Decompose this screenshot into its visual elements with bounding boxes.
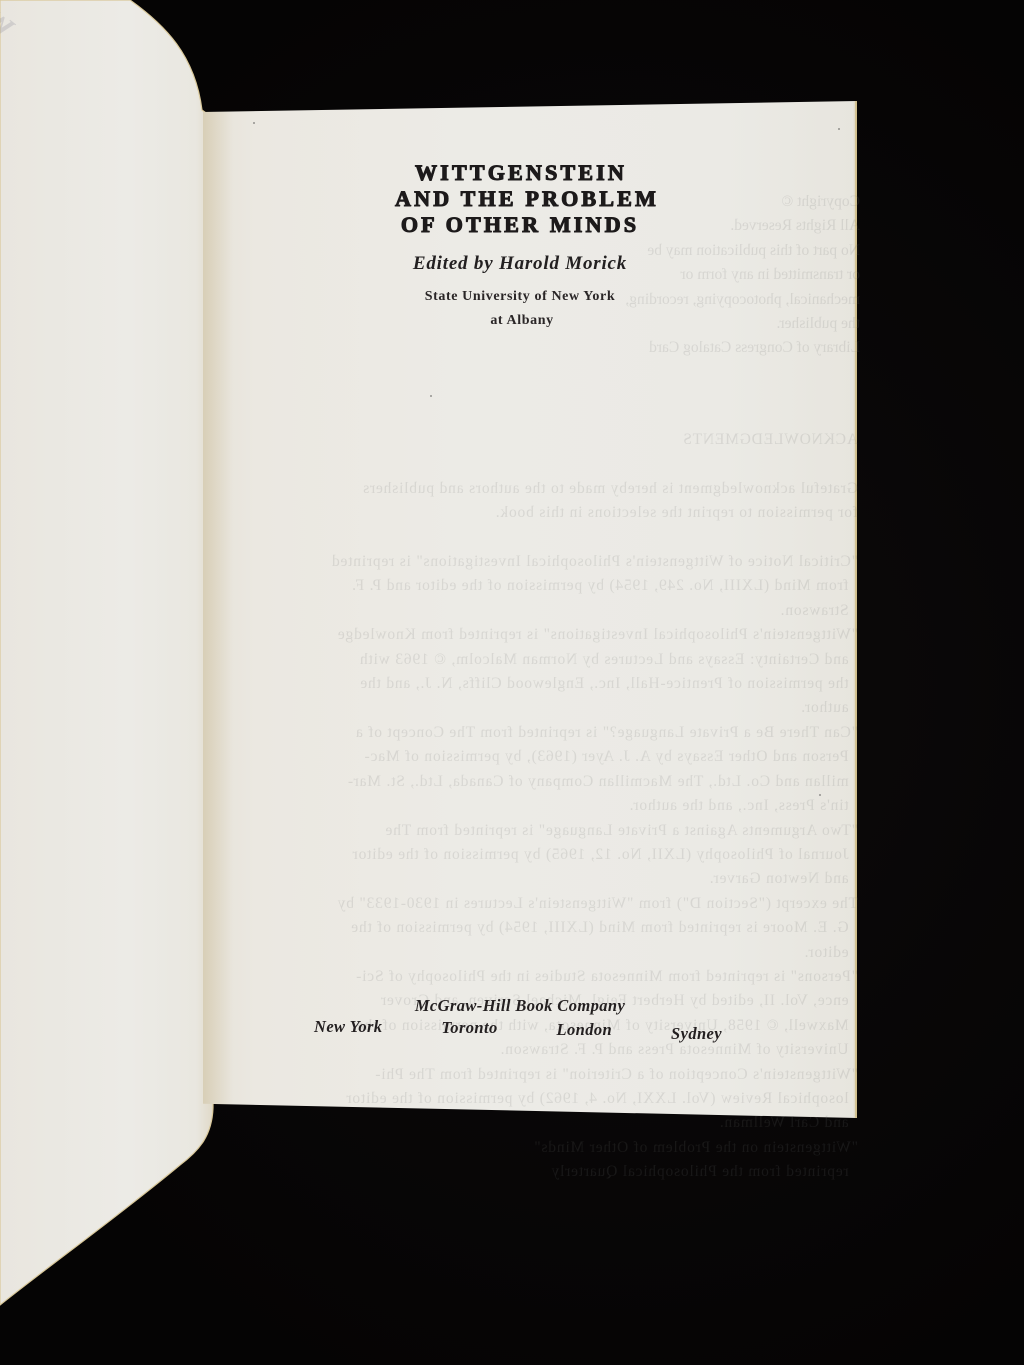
city-toronto: Toronto [441, 1018, 497, 1038]
title-line-2: AND THE PROBLEM [354, 186, 700, 212]
editor-affiliation: State University of New York at Albany [340, 285, 700, 333]
show-through-acknowledgments: ACKNOWLEDGMENTS Grateful acknowledgment … [228, 428, 858, 1185]
paper-speck [430, 395, 432, 397]
affiliation-line-1: State University of New York [340, 285, 700, 309]
publisher-cities: New York Toronto London Sydney [314, 1017, 722, 1037]
editor-credit: Edited by Harold Morick [340, 253, 700, 275]
city-london: London [557, 1020, 613, 1040]
paper-speck [838, 128, 840, 130]
publisher-name: McGraw-Hill Book Company [340, 996, 700, 1016]
title-line-3: OF OTHER MINDS [340, 212, 700, 238]
paper-speck [253, 122, 255, 124]
city-sydney: Sydney [671, 1024, 722, 1044]
city-new-york: New York [314, 1017, 382, 1037]
book-title: WITTGENSTEIN AND THE PROBLEM OF OTHER MI… [340, 160, 700, 238]
title-line-1: WITTGENSTEIN [342, 160, 700, 186]
affiliation-line-2: at Albany [344, 309, 700, 333]
paper-speck [819, 794, 821, 796]
